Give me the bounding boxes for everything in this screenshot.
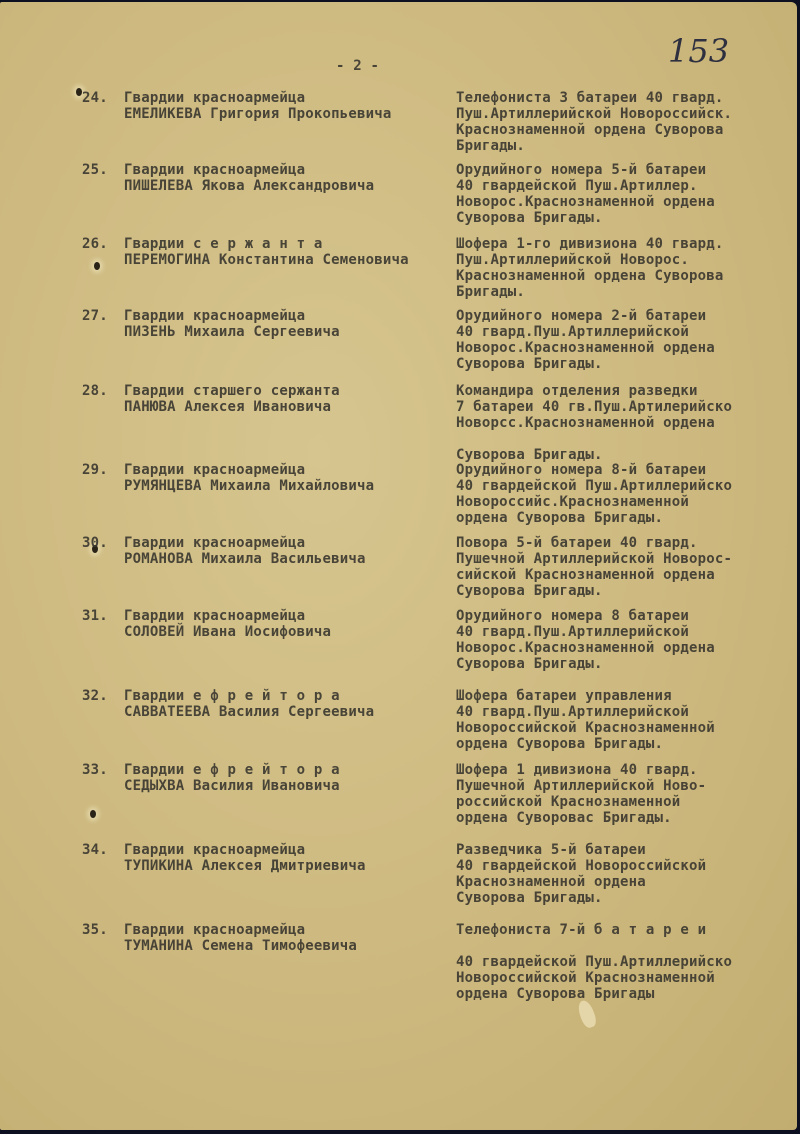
entry-number: 31.: [82, 608, 108, 624]
description-line: Новороссийской Краснознаменной: [456, 720, 796, 736]
description-line: Пушечной Артиллерийской Новорос-: [456, 551, 796, 567]
entry-name: СЕДЫХВА Василия Ивановича: [124, 778, 340, 794]
description-line: 40 гвардейской Новороссийской: [456, 858, 796, 874]
entry-number: 25.: [82, 162, 108, 178]
description-line: сийской Краснознаменной ордена: [456, 567, 796, 583]
description-line: Суворова Бригады.: [456, 656, 796, 672]
entry-description: Орудийного номера 5-й батареи40 гвардейс…: [456, 162, 796, 226]
description-line: Суворова Бригады.: [456, 890, 796, 906]
entry-name: РОМАНОВА Михаила Васильевича: [124, 551, 366, 567]
description-line: Шофера 1 дивизиона 40 гвард.: [456, 762, 796, 778]
entry-rank: Гвардии красноармейца: [124, 308, 305, 324]
description-line: Пушечной Артиллерийской Ново-: [456, 778, 796, 794]
description-line: ордена Суворовас Бригады.: [456, 810, 796, 826]
entry-description: Телефониста 3 батареи 40 гвард.Пуш.Артил…: [456, 90, 796, 154]
description-line: [456, 938, 796, 954]
entry-description: Телефониста 7-й б а т а р е и 40 гвардей…: [456, 922, 796, 1002]
description-line: Шофера 1-го дивизиона 40 гвард.: [456, 236, 796, 252]
description-line: Командира отделения разведки: [456, 383, 796, 399]
description-line: Шофера батареи управления: [456, 688, 796, 704]
description-line: Телефониста 3 батареи 40 гвард.: [456, 90, 796, 106]
description-line: Пуш.Артиллерийской Новорос.: [456, 252, 796, 268]
description-line: Новорос.Краснознаменной ордена: [456, 194, 796, 210]
entry-number: 35.: [82, 922, 108, 938]
description-line: Орудийного номера 8 батареи: [456, 608, 796, 624]
entry-name: ЕМЕЛИКЕВА Григория Прокопьевича: [124, 106, 392, 122]
description-line: ордена Суворова Бригады: [456, 986, 796, 1002]
description-line: Суворова Бригады.: [456, 210, 796, 226]
entry-description: Повора 5-й батареи 40 гвард.Пушечной Арт…: [456, 535, 796, 599]
entry-rank: Гвардии с е р ж а н т а: [124, 236, 322, 252]
description-line: Бригады.: [456, 138, 796, 154]
entry-rank: Гвардии красноармейца: [124, 608, 305, 624]
description-line: Орудийного номера 5-й батареи: [456, 162, 796, 178]
entry-name: ПИЗЕНЬ Михаила Сергеевича: [124, 324, 340, 340]
entry-description: Шофера батареи управления40 гвард.Пуш.Ар…: [456, 688, 796, 752]
description-line: Новороссийской Краснознаменной: [456, 970, 796, 986]
entry-name: САВВАТЕЕВА Василия Сергеевича: [124, 704, 374, 720]
entry-number: 29.: [82, 462, 108, 478]
entry-name: СОЛОВЕЙ Ивана Иосифовича: [124, 624, 331, 640]
description-line: Суворова Бригады.: [456, 583, 796, 599]
entry-name: ПИШЕЛЕВА Якова Александровича: [124, 178, 374, 194]
entry-description: Шофера 1-го дивизиона 40 гвард.Пуш.Артил…: [456, 236, 796, 300]
entry-rank: Гвардии красноармейца: [124, 162, 305, 178]
entry-rank: Гвардии е ф р е й т о р а: [124, 688, 340, 704]
description-line: Новорос.Краснознаменной ордена: [456, 340, 796, 356]
entry-name: РУМЯНЦЕВА Михаила Михайловича: [124, 478, 374, 494]
description-line: ордена Суворова Бригады.: [456, 736, 796, 752]
description-line: 40 гвард.Пуш.Артиллерийской: [456, 704, 796, 720]
description-line: ордена Суворова Бригады.: [456, 510, 796, 526]
description-line: Пуш.Артиллерийской Новороссийск.: [456, 106, 796, 122]
entry-rank: Гвардии е ф р е й т о р а: [124, 762, 340, 778]
punch-hole: [94, 262, 100, 270]
page-marker: - 2 -: [336, 58, 379, 74]
description-line: 40 гвард.Пуш.Артиллерийской: [456, 624, 796, 640]
entry-number: 34.: [82, 842, 108, 858]
entry-number: 24.: [82, 90, 108, 106]
entry-number: 26.: [82, 236, 108, 252]
description-line: 40 гвардейской Пуш.Артиллерийско: [456, 478, 796, 494]
description-line: [456, 431, 796, 447]
description-line: 40 гвардейской Пуш.Артиллерийско: [456, 954, 796, 970]
entry-name: ТУПИКИНА Алексея Дмитриевича: [124, 858, 366, 874]
description-line: Бригады.: [456, 284, 796, 300]
paper-damage: [576, 998, 599, 1029]
description-line: Новорсс.Краснознаменной ордена: [456, 415, 796, 431]
document-page: - 2 - 153 24.Гвардии красноармейцаЕМЕЛИК…: [0, 2, 797, 1130]
entry-number: 27.: [82, 308, 108, 324]
entry-description: Орудийного номера 2-й батареи40 гвард.Пу…: [456, 308, 796, 372]
entry-rank: Гвардии красноармейца: [124, 842, 305, 858]
description-line: Разведчика 5-й батареи: [456, 842, 796, 858]
description-line: 40 гвардейской Пуш.Артиллер.: [456, 178, 796, 194]
description-line: Краснознаменной ордена Суворова: [456, 268, 796, 284]
description-line: Краснознаменной ордена: [456, 874, 796, 890]
description-line: Краснознаменной ордена Суворова: [456, 122, 796, 138]
description-line: российской Краснознаменной: [456, 794, 796, 810]
description-line: Суворова Бригады.: [456, 447, 796, 463]
entry-rank: Гвардии красноармейца: [124, 90, 305, 106]
entry-number: 30.: [82, 535, 108, 551]
entry-description: Орудийного номера 8 батареи40 гвард.Пуш.…: [456, 608, 796, 672]
description-line: 7 батареи 40 гв.Пуш.Артилерийско: [456, 399, 796, 415]
description-line: Орудийного номера 8-й батареи: [456, 462, 796, 478]
entry-number: 33.: [82, 762, 108, 778]
entry-rank: Гвардии красноармейца: [124, 462, 305, 478]
entry-description: Командира отделения разведки7 батареи 40…: [456, 383, 796, 463]
description-line: Орудийного номера 2-й батареи: [456, 308, 796, 324]
entry-description: Орудийного номера 8-й батареи40 гвардейс…: [456, 462, 796, 526]
description-line: 40 гвард.Пуш.Артиллерийской: [456, 324, 796, 340]
description-line: Телефониста 7-й б а т а р е и: [456, 922, 796, 938]
entry-name: ПЕРЕМОГИНА Константина Семеновича: [124, 252, 409, 268]
entry-number: 32.: [82, 688, 108, 704]
entry-description: Шофера 1 дивизиона 40 гвард.Пушечной Арт…: [456, 762, 796, 826]
description-line: Суворова Бригады.: [456, 356, 796, 372]
description-line: Новорос.Краснознаменной ордена: [456, 640, 796, 656]
entry-rank: Гвардии красноармейца: [124, 535, 305, 551]
entry-rank: Гвардии красноармейца: [124, 922, 305, 938]
entry-rank: Гвардии старшего сержанта: [124, 383, 340, 399]
entry-number: 28.: [82, 383, 108, 399]
entry-name: ТУМАНИНА Семена Тимофеевича: [124, 938, 357, 954]
archive-number: 153: [668, 32, 729, 70]
description-line: Повора 5-й батареи 40 гвард.: [456, 535, 796, 551]
description-line: Новороссийс.Краснознаменной: [456, 494, 796, 510]
punch-hole: [90, 810, 96, 818]
entry-name: ПАНЮВА Алексея Ивановича: [124, 399, 331, 415]
entry-description: Разведчика 5-й батареи40 гвардейской Нов…: [456, 842, 796, 906]
